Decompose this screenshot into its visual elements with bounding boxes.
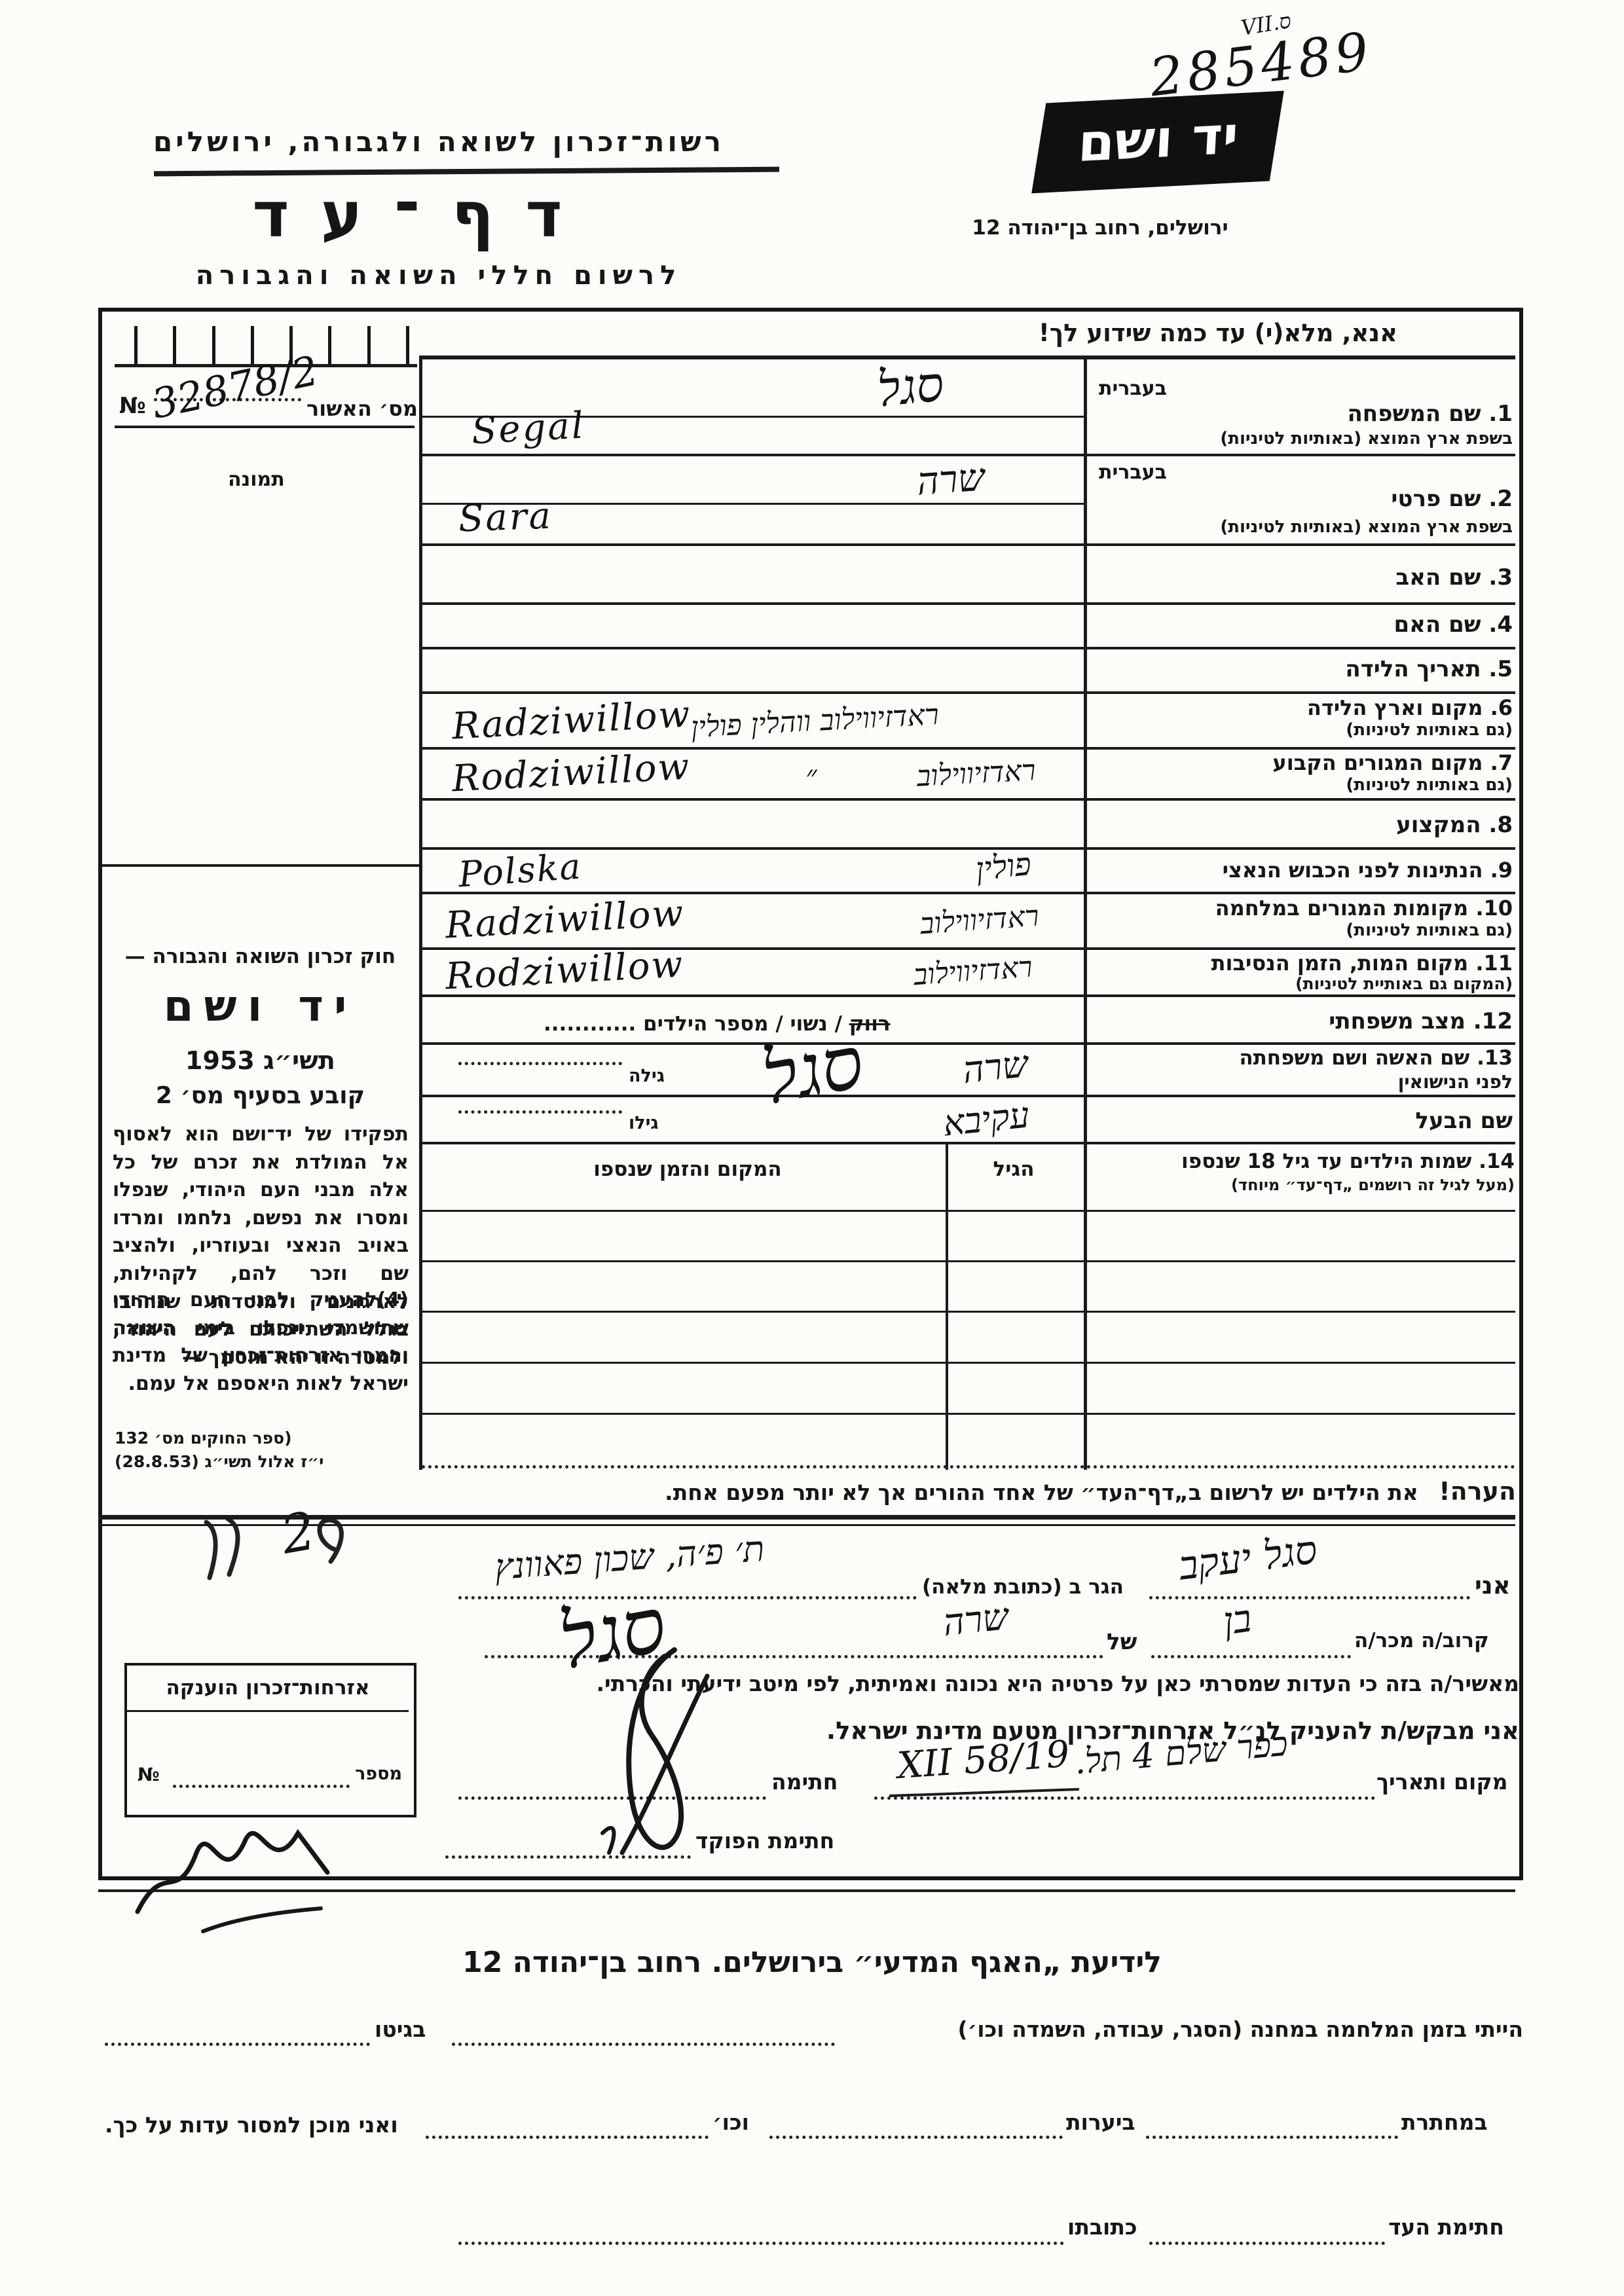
note-rule-thick <box>98 1515 1515 1520</box>
approval-underline <box>115 426 415 428</box>
decl-signature-label: חתימה <box>771 1769 838 1795</box>
children-col-place-header: המקום והזמן שנספו <box>445 1157 930 1181</box>
photo-label: תמונה <box>228 468 285 491</box>
field14-label: 14. שמות הילדים עד גיל 18 שנספו <box>1090 1150 1515 1173</box>
decl-place-date-dotted <box>874 1796 1375 1800</box>
note-rule-thin <box>98 1524 1515 1526</box>
husband-age-label: גילו <box>629 1113 659 1133</box>
row6-bottom <box>422 747 1515 750</box>
field10-label: 10. מקומות המגורים במלחמה <box>1087 896 1513 920</box>
authority-title: רשות־זכרון לשואה ולגבורה, ירושלים <box>105 126 773 158</box>
table-line-4 <box>422 1362 1515 1364</box>
row12-bottom <box>422 1042 1515 1045</box>
field9-label: 9. הנתינות לפני הכבוש הנאצי <box>1087 858 1513 883</box>
left-column-divider <box>419 357 422 1470</box>
stamp-title-underline <box>127 1710 409 1712</box>
footer-testify-text: ואני מוכן למסור עדות על כך. <box>105 2112 398 2138</box>
decl-of-label: של <box>1107 1629 1137 1655</box>
decl-place-date-label: מקום ותאריך <box>1376 1769 1508 1795</box>
yad-vashem-logo: יד ושם <box>1031 91 1284 194</box>
field13-age-label: גילה <box>629 1066 665 1086</box>
law-heading: חוק זכרון השואה והגבורה — <box>111 945 409 968</box>
footer-info-line: לידיעת „האגף המדעי״ בירושלים. רחוב בן־יה… <box>255 1946 1369 1979</box>
footer-address-dotted <box>458 2242 1064 2245</box>
table-age-divider <box>946 1142 948 1470</box>
field7-hebrew-entry: ראדזיווילוב <box>916 754 1037 793</box>
field2-sub: בשפת ארץ המוצא (באותיות לטיניות) <box>1087 517 1513 537</box>
field6-label: 6. מקום וארץ הלידה <box>1087 695 1513 720</box>
field13-label: 13. שם האשה ושם משפחתה <box>1087 1046 1513 1070</box>
field8-label: 8. המקצוע <box>1087 812 1513 838</box>
row3-bottom <box>422 602 1515 605</box>
photo-area-divider <box>102 864 419 867</box>
page-subtitle: לרשום חללי השואה והגבורה <box>105 261 773 291</box>
row7-bottom <box>422 798 1515 801</box>
husband-bottom <box>422 1142 1515 1144</box>
law-section: קובע בסעיף מס׳ 2 <box>111 1082 409 1109</box>
field1-latin-entry: Segal <box>470 405 586 453</box>
row9-bottom <box>422 892 1515 894</box>
footer-ghetto-label: בגיטו <box>375 2016 426 2042</box>
table-line-2 <box>422 1260 1515 1262</box>
decl-relation-dotted <box>1151 1655 1351 1658</box>
field5-label: 5. תאריך הלידה <box>1087 656 1513 682</box>
field1-sub: בשפת ארץ המוצא (באותיות לטיניות) <box>1087 429 1513 448</box>
instruction-underline <box>419 355 1515 359</box>
field14-sub: (מעל לגיל זה רושמים „דף־עד״ מיוחד) <box>1090 1176 1515 1194</box>
husband-age-dotted <box>458 1110 622 1114</box>
margin-scrawl-strokes <box>190 1499 360 1591</box>
footer-underground-label: במחתרת <box>1401 2109 1488 2135</box>
decl-name-dotted <box>1149 1596 1470 1599</box>
footer-etc-label: וכו׳ <box>712 2109 749 2135</box>
field10-sub: (גם באותיות לטיניות) <box>1087 920 1513 940</box>
note-line: הערה! את הילדים יש לרשום ב„דף־העד״ של אח… <box>216 1477 1516 1506</box>
field1-label: 1. שם המשפחה <box>1087 401 1513 427</box>
law-ref-2: י״ז אלול תשי״ג (28.8.53) <box>115 1452 331 1471</box>
field12-label: 12. מצב משפחתי <box>1087 1008 1513 1034</box>
field3-label: 3. שם האב <box>1087 564 1513 591</box>
row11-bottom <box>422 994 1515 997</box>
row2-bottom <box>422 543 1515 546</box>
field6-sub: (גם באותיות לטיניות) <box>1087 720 1513 740</box>
note-text: את הילדים יש לרשום ב„דף־העד״ של אחד ההור… <box>665 1480 1418 1505</box>
field9-latin-entry: Polska <box>457 846 583 896</box>
decl-address-dotted <box>458 1596 917 1599</box>
footer-camp-dotted <box>452 2043 835 2046</box>
law-ref-1: (ספר החוקים מס׳ 132 <box>115 1429 331 1448</box>
field11-sub: (המקום גם באותיית לטיניות) <box>1087 974 1513 993</box>
footer-etc-dotted <box>426 2136 709 2139</box>
field13-sub: לפני הנישואין <box>1087 1071 1513 1093</box>
children-col-age-header: הגיל <box>948 1157 1079 1181</box>
field12-dots: ............ <box>544 1012 636 1036</box>
field11-label: 11. מקום המות, הזמן הנסיבות <box>1087 951 1513 975</box>
note-title: הערה! <box>1439 1477 1516 1506</box>
stamp-number-sign: № <box>138 1764 160 1785</box>
law-name: יד ושם <box>111 981 409 1031</box>
table-line-3 <box>422 1311 1515 1313</box>
fill-instruction: אנא, מלא(י) עד כמה שידוע לך! <box>930 319 1506 347</box>
yad-vashem-logo-text: יד ושם <box>1037 103 1279 175</box>
approval-label: מס׳ האשור <box>306 396 418 421</box>
law-year: תשי״ג 1953 <box>111 1046 409 1075</box>
field1-lang-tag: בעברית <box>1099 377 1167 400</box>
footer-address-label: כתובתו <box>1067 2214 1137 2240</box>
footer-witness-sig-label: חתימת העד <box>1388 2214 1504 2240</box>
row8-bottom <box>422 847 1515 850</box>
footer-camp-label: הייתי בזמן המלחמה במחנה (הסגר, עבודה, הש… <box>838 2016 1523 2042</box>
husband-label: שם הבעל <box>1087 1108 1513 1134</box>
testimony-page-scan: ס.VII 285489 רשות־זכרון לשואה ולגבורה, י… <box>0 0 1624 2296</box>
footer-forests-dotted <box>769 2136 1063 2139</box>
field2-hebrew-entry: שרה <box>915 454 986 503</box>
footer-underground-dotted <box>1146 2136 1398 2139</box>
stamp-number-label: מספר <box>355 1764 402 1784</box>
row13-bottom <box>422 1095 1515 1097</box>
row4-bottom <box>422 647 1515 649</box>
row5-bottom <box>422 691 1515 694</box>
decl-resident-label: הגר ב (כתובת מלאה) <box>922 1575 1124 1599</box>
clerk-signature <box>124 1794 341 1944</box>
field2-lang-tag: בעברית <box>1099 461 1167 484</box>
witness-signature <box>576 1637 747 1886</box>
field4-label: 4. שם האם <box>1087 611 1513 638</box>
field7-sub: (גם באותיות לטיניות) <box>1087 775 1513 795</box>
header-rule <box>154 167 779 177</box>
law-clause: (4)להעניק לבני העם היהודי שהושמדו ונפלו … <box>113 1286 409 1398</box>
field7-label: 7. מקום המגורים הקבוע <box>1087 750 1513 775</box>
field7-ditto-mark: ״ <box>805 758 817 793</box>
field2-latin-entry: Sara <box>458 495 553 541</box>
decl-i-label: אני <box>1475 1571 1511 1599</box>
decl-relation-label: קרוב/ה מכר/ה <box>1354 1629 1489 1652</box>
field13-age-dotted <box>458 1062 622 1065</box>
approval-number-sign: № <box>119 393 146 419</box>
field9-hebrew-entry: פולין <box>974 846 1033 888</box>
footer-ghetto-dotted <box>105 2043 370 2046</box>
footer-forests-label: ביערות <box>1066 2109 1135 2135</box>
table-line-1 <box>422 1210 1515 1212</box>
stamp-number-dotted <box>173 1785 350 1788</box>
field2-label: 2. שם פרטי <box>1087 486 1513 512</box>
footer-witness-sig-dotted <box>1149 2242 1385 2245</box>
field13-hebrew-entry: שרה <box>961 1043 1030 1092</box>
table-line-5 <box>422 1413 1515 1415</box>
decl-wife-handwritten: שרה <box>941 1595 1010 1645</box>
stamp-title: אזרחות־זכרון הוענקה <box>127 1676 409 1700</box>
table-bottom-dotted <box>422 1465 1515 1468</box>
page-title: דף־עד <box>105 178 773 251</box>
field1-hebrew-entry: סגל <box>875 356 946 418</box>
field13-surname-entry: סגל <box>756 1020 870 1122</box>
logo-address: ירושלים, רחוב בן־יהודה 12 <box>917 216 1283 240</box>
